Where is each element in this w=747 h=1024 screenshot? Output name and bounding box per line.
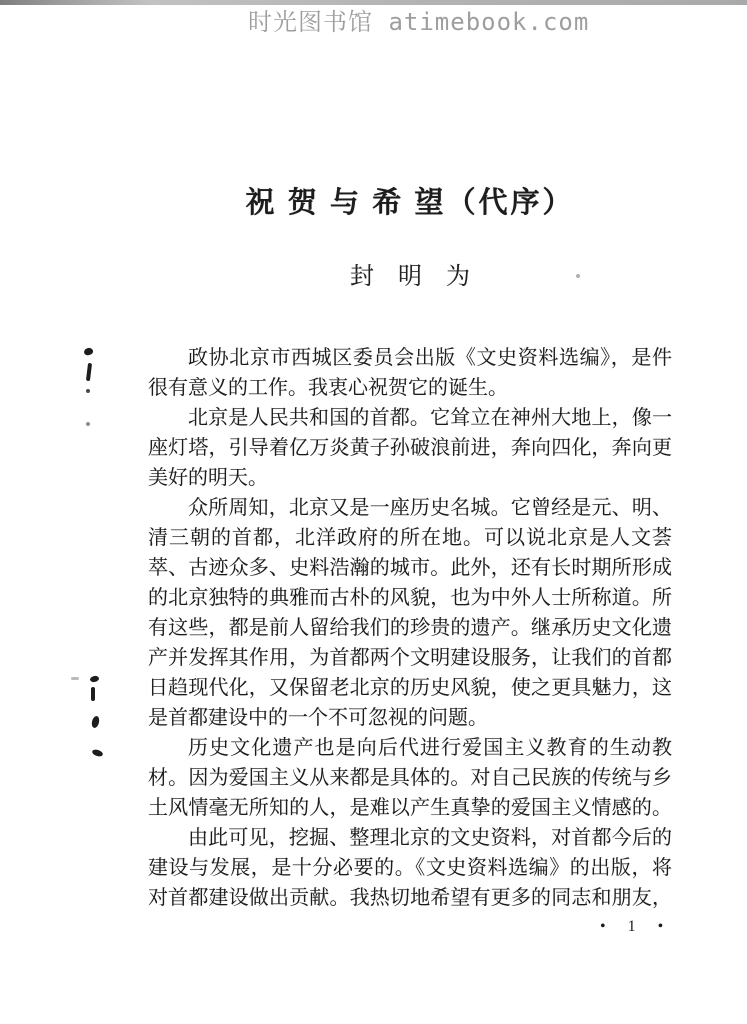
ink-smudge [91,748,103,757]
text-line: 由此可见，挖掘、整理北京的文史资料，对首都今后的 [148,823,672,853]
ink-smudge [91,687,95,701]
ink-smudge [576,274,580,278]
text-line: 日趋现代化，又保留老北京的历史风貌，使之更具魅力，这 [148,673,672,703]
text-line: 对首都建设做出贡献。我热切地希望有更多的同志和朋友， [148,883,672,913]
ink-smudge [86,422,90,426]
text-line: 美好的明天。 [148,463,672,493]
text-line: 产并发挥其作用，为首都两个文明建设服务，让我们的首都 [148,643,672,673]
text-line: 历史文化遗产也是向后代进行爱国主义教育的生动教 [148,733,672,763]
text-line: 萃、古迹众多、史料浩瀚的城市。此外，还有长时期所形成 [148,553,672,583]
text-line: 座灯塔，引导着亿万炎黄子孙破浪前进，奔向四化，奔向更 [148,433,672,463]
page-title: 祝 贺 与 希 望（代序） [148,180,672,221]
ink-smudge [86,389,90,393]
body-text: 政协北京市西城区委员会出版《文史资料选编》，是件 很有意义的工作。我衷心祝贺它的… [148,343,672,913]
page-number: • 1 • [600,918,680,936]
text-line: 众所周知，北京又是一座历史名城。它曾经是元、明、 [148,493,672,523]
text-line: 很有意义的工作。我衷心祝贺它的诞生。 [148,373,672,403]
ink-smudge [71,677,79,680]
text-line: 的北京独特的典雅而古朴的风貌，也为中外人士所称道。所 [148,583,672,613]
text-line: 政协北京市西城区委员会出版《文史资料选编》，是件 [148,343,672,373]
text-line: 土风情毫无所知的人，是难以产生真挚的爱国主义情感的。 [148,793,672,823]
ink-smudge [89,675,99,683]
text-line: 清三朝的首都，北洋政府的所在地。可以说北京是人文荟 [148,523,672,553]
ink-smudge [86,363,92,381]
watermark: 时光图书馆 atimebook.com [248,2,608,32]
text-line: 是首都建设中的一个不可忽视的问题。 [148,703,672,733]
text-line: 有这些，都是前人留给我们的珍贵的遗产。继承历史文化遗 [148,613,672,643]
ink-smudge [83,347,93,356]
author-name: 封 明 为 [148,256,672,291]
ink-smudge [91,715,101,728]
text-line: 北京是人民共和国的首都。它耸立在神州大地上，像一 [148,403,672,433]
text-line: 材。因为爱国主义从来都是具体的。对自己民族的传统与乡 [148,763,672,793]
text-line: 建设与发展，是十分必要的。《文史资料选编》的出版，将 [148,853,672,883]
